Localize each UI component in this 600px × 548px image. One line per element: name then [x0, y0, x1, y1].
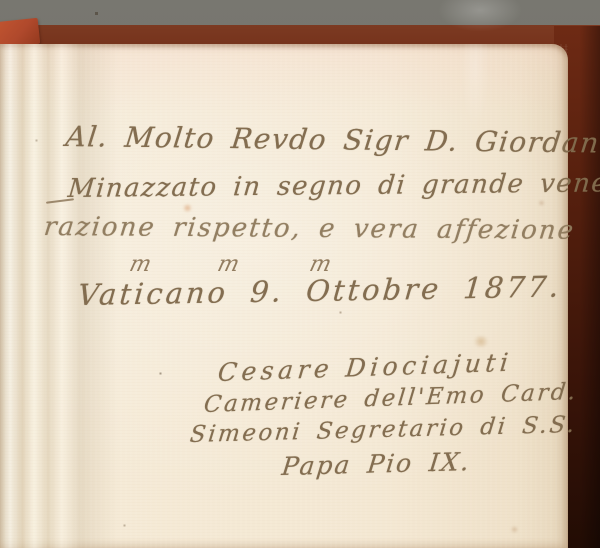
paper-stain — [510, 526, 519, 533]
inscription-line-2: Minazzato in segno di grande vene= — [67, 168, 600, 204]
inscription-line-3: razione rispetto, e vera affezione — [42, 212, 576, 246]
flourish-m: m — [215, 252, 242, 277]
endpaper-page: Al. Molto Revdo Sigr D. Giordano Minazza… — [0, 44, 568, 548]
paper-specks — [0, 44, 1, 45]
paper-stain — [472, 336, 490, 347]
flourish-m: m — [127, 252, 154, 277]
inscription-line-1: Al. Molto Revdo Sigr D. Giordano — [64, 120, 600, 160]
signature-title-3: Papa Pio IX. — [280, 447, 472, 481]
paper-stain — [182, 204, 193, 212]
paper-stain — [538, 200, 545, 206]
scan-light-streak — [430, 0, 530, 34]
book-endpaper-photo: Al. Molto Revdo Sigr D. Giordano Minazza… — [0, 0, 600, 548]
